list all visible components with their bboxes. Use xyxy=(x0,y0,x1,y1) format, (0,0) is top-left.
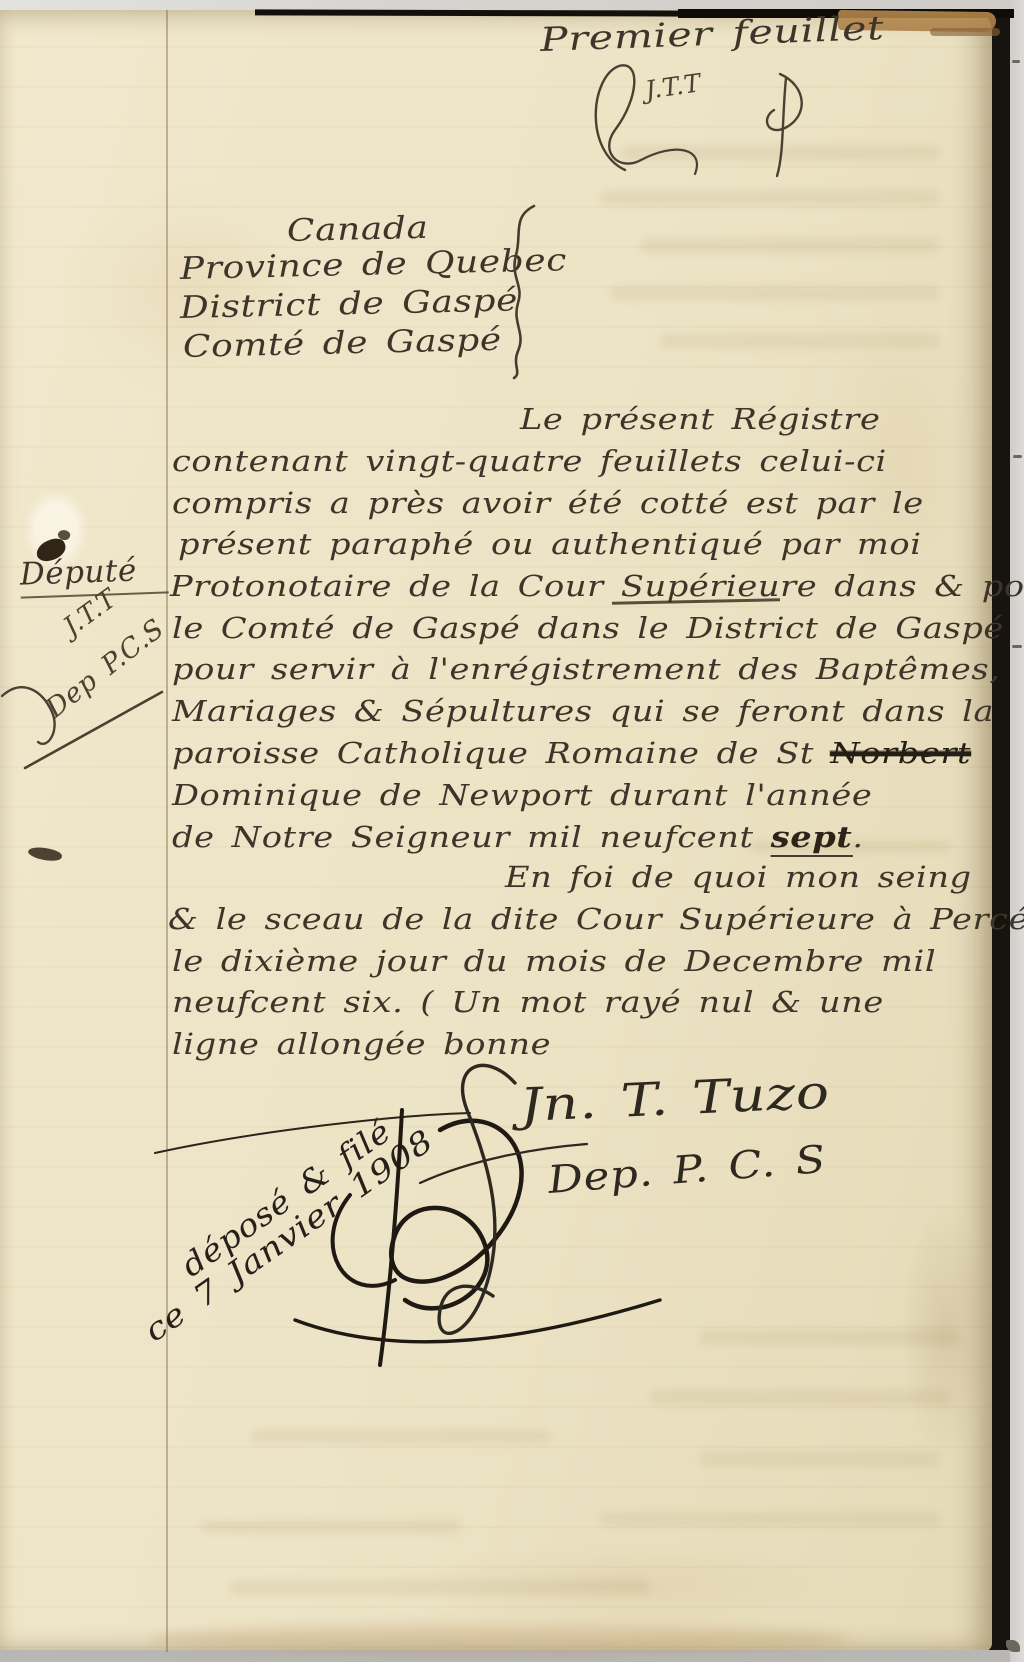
body-line: le Comté de Gaspé dans le District de Ga… xyxy=(172,611,1004,645)
body-line: neufcent six. ( Un mot rayé nul & une xyxy=(172,985,884,1019)
edge-mark xyxy=(1013,455,1022,458)
body-line: contenant vingt-quatre feuillets celui-c… xyxy=(172,444,887,478)
jurisdiction-county: Comté de Gaspé xyxy=(182,322,502,365)
body-line-text: paroisse Catholique Romaine de St xyxy=(172,736,814,770)
body-line: Dominique de Newport durant l'année xyxy=(172,778,872,812)
body-line: présent paraphé ou authentiqué par moi xyxy=(178,527,922,561)
body-line-text: de Notre Seigneur mil neufcent xyxy=(172,820,754,854)
body-line: compris a près avoir été cotté est par l… xyxy=(172,486,924,520)
margin-rule-line xyxy=(166,10,168,1652)
scanner-background-right xyxy=(1010,0,1024,1662)
body-line: Protonotaire de la Cour Supérieure dans … xyxy=(170,569,1024,603)
struck-out-word: Norbert xyxy=(830,736,971,770)
margin-paraph-strokes-icon xyxy=(0,600,175,785)
body-line: Mariages & Sépultures qui se feront dans… xyxy=(172,694,994,728)
header-paraph-flourish-icon xyxy=(555,58,875,178)
body-line: & le sceau de la dite Cour Supérieure à … xyxy=(168,902,1024,936)
underlined-word: sept xyxy=(771,820,853,857)
period: . xyxy=(852,820,863,854)
page-top-edge-shadow xyxy=(255,9,687,16)
jurisdiction-country: Canada xyxy=(286,210,429,249)
scanner-background-bottom xyxy=(0,1650,1024,1662)
body-line: le dixième jour du mois de Decembre mil xyxy=(172,944,936,978)
edge-mark xyxy=(1006,1640,1020,1652)
edge-mark xyxy=(1012,645,1022,648)
jurisdiction-district: District de Gaspé xyxy=(179,282,518,326)
body-line: paroisse Catholique Romaine de StNorbert xyxy=(172,736,971,770)
body-line: En foi de quoi mon seing xyxy=(505,860,972,894)
scanned-register-page: Premier feuillet J.T.T Canada Province d… xyxy=(0,0,1024,1662)
body-line: pour servir à l'enrégistrement des Baptê… xyxy=(172,652,1001,686)
tape-repair-stain xyxy=(930,28,1000,36)
body-line: de Notre Seigneur mil neufcent sept. xyxy=(172,820,864,854)
body-line: Le présent Régistre xyxy=(520,402,880,436)
edge-mark xyxy=(1012,60,1020,63)
jurisdiction-brace-icon xyxy=(488,203,552,381)
